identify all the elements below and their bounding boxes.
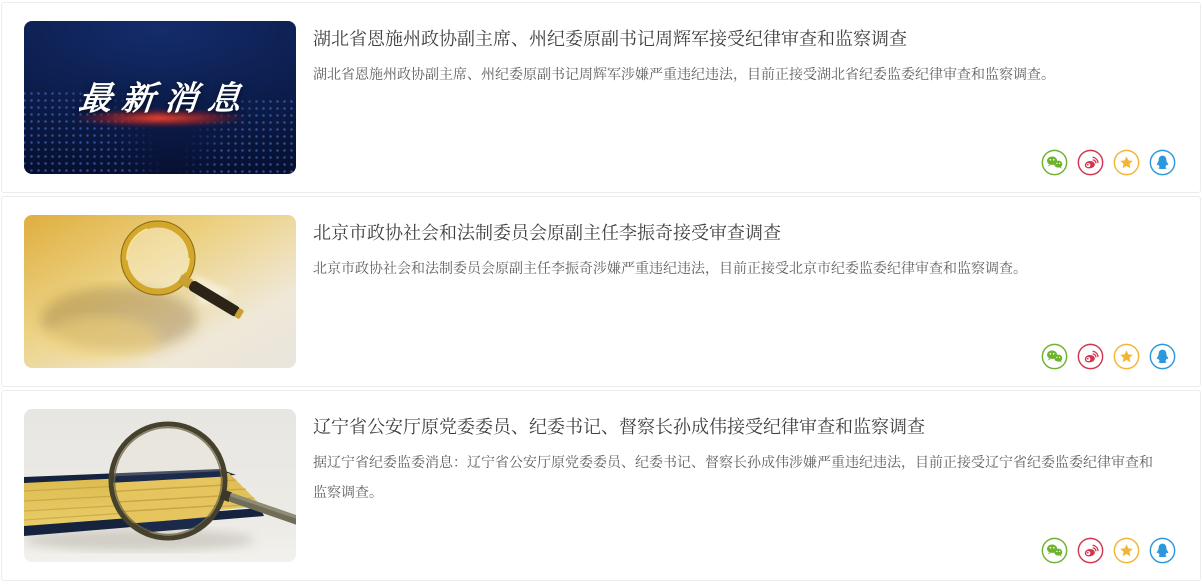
banner-text: 最新消息 [24, 72, 296, 119]
article-summary: 北京市政协社会和法制委员会原副主任李振奇涉嫌严重违纪违法，目前正接受北京市纪委监… [313, 253, 1176, 283]
wechat-icon [1041, 149, 1068, 176]
weibo-share-button[interactable] [1077, 537, 1104, 564]
article-thumbnail-latest-news[interactable]: 最新消息 [24, 21, 296, 174]
qzone-star-icon [1113, 343, 1140, 370]
news-list: 最新消息 湖北省恩施州政协副主席、州纪委原副书记周辉军接受纪律审查和监察调查 湖… [0, 0, 1202, 586]
qzone-share-button[interactable] [1113, 537, 1140, 564]
share-bar [1041, 343, 1176, 370]
weibo-icon [1077, 537, 1104, 564]
article-title[interactable]: 湖北省恩施州政协副主席、州纪委原副书记周辉军接受纪律审查和监察调查 [313, 27, 1176, 51]
qq-penguin-icon [1149, 343, 1176, 370]
share-bar [1041, 537, 1176, 564]
weibo-icon [1077, 343, 1104, 370]
wechat-share-button[interactable] [1041, 537, 1068, 564]
qq-share-button[interactable] [1149, 343, 1176, 370]
article-content: 湖北省恩施州政协副主席、州纪委原副书记周辉军接受纪律审查和监察调查 湖北省恩施州… [296, 21, 1176, 176]
news-card: 北京市政协社会和法制委员会原副主任李振奇接受审查调查 北京市政协社会和法制委员会… [1, 196, 1201, 387]
weibo-share-button[interactable] [1077, 149, 1104, 176]
article-title[interactable]: 辽宁省公安厅原党委委员、纪委书记、督察长孙成伟接受纪律审查和监察调查 [313, 415, 1176, 439]
wechat-icon [1041, 343, 1068, 370]
qq-share-button[interactable] [1149, 537, 1176, 564]
magnifier-over-book-illustration [24, 409, 296, 562]
qzone-star-icon [1113, 149, 1140, 176]
article-summary: 据辽宁省纪委监委消息：辽宁省公安厅原党委委员、纪委书记、督察长孙成伟涉嫌严重违纪… [313, 447, 1176, 507]
article-content: 辽宁省公安厅原党委委员、纪委书记、督察长孙成伟接受纪律审查和监察调查 据辽宁省纪… [296, 409, 1176, 564]
news-card: 辽宁省公安厅原党委委员、纪委书记、督察长孙成伟接受纪律审查和监察调查 据辽宁省纪… [1, 390, 1201, 581]
article-content: 北京市政协社会和法制委员会原副主任李振奇接受审查调查 北京市政协社会和法制委员会… [296, 215, 1176, 370]
qq-share-button[interactable] [1149, 149, 1176, 176]
article-title[interactable]: 北京市政协社会和法制委员会原副主任李振奇接受审查调查 [313, 221, 1176, 245]
weibo-icon [1077, 149, 1104, 176]
share-bar [1041, 149, 1176, 176]
weibo-share-button[interactable] [1077, 343, 1104, 370]
article-summary: 湖北省恩施州政协副主席、州纪委原副书记周辉军涉嫌严重违纪违法，目前正接受湖北省纪… [313, 59, 1176, 89]
qq-penguin-icon [1149, 149, 1176, 176]
article-thumbnail-magnifier-book[interactable] [24, 409, 296, 562]
qq-penguin-icon [1149, 537, 1176, 564]
qzone-share-button[interactable] [1113, 343, 1140, 370]
news-card: 最新消息 湖北省恩施州政协副主席、州纪委原副书记周辉军接受纪律审查和监察调查 湖… [1, 2, 1201, 193]
qzone-star-icon [1113, 537, 1140, 564]
wechat-share-button[interactable] [1041, 343, 1068, 370]
qzone-share-button[interactable] [1113, 149, 1140, 176]
article-thumbnail-gold-magnifier[interactable] [24, 215, 296, 368]
wechat-share-button[interactable] [1041, 149, 1068, 176]
wechat-icon [1041, 537, 1068, 564]
gold-magnifier-illustration [24, 215, 296, 368]
